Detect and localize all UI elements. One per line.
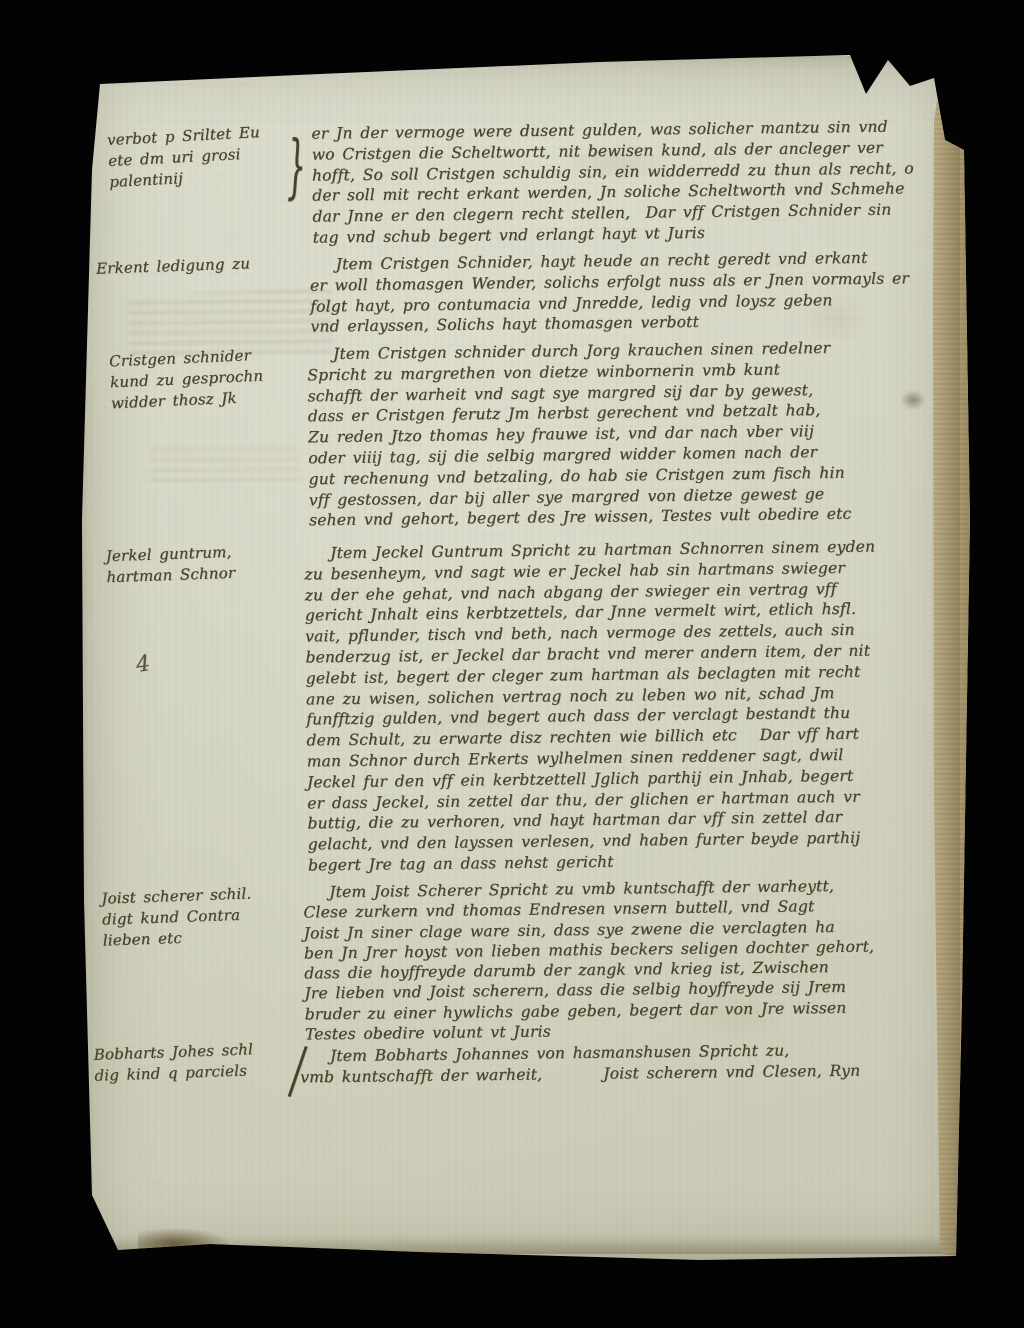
manuscript-page: verbot p Sriltet Eu ete dm uri grosi pal… <box>0 0 1024 1328</box>
page-vignette <box>80 56 960 1262</box>
photograph-background: verbot p Sriltet Eu ete dm uri grosi pal… <box>0 0 1024 1328</box>
